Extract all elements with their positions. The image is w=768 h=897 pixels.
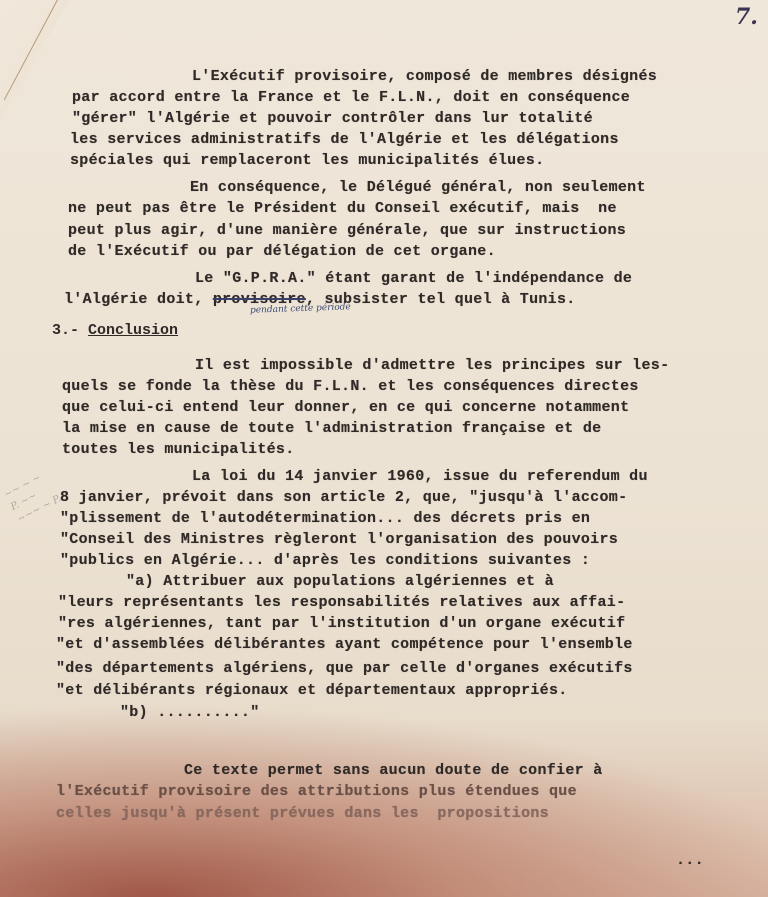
text-line: de l'Exécutif ou par délégation de cet o… — [68, 243, 496, 261]
text-line: "Conseil des Ministres règleront l'organ… — [60, 531, 618, 549]
text-line: La loi du 14 janvier 1960, issue du refe… — [192, 468, 648, 486]
text-line: celles jusqu'à présent prévues dans les … — [56, 805, 549, 823]
section-number: 3.- — [52, 322, 79, 339]
text-line: Le "G.P.R.A." étant garant de l'indépend… — [195, 270, 632, 288]
text-line: "plissement de l'autodétermination... de… — [60, 510, 590, 528]
underlying-sheet-corner — [0, 0, 70, 120]
text-line: "gérer" l'Algérie et pouvoir contrôler d… — [72, 110, 593, 128]
text-fragment: l'Algérie doit, — [64, 291, 213, 308]
text-line: "b) .........." — [120, 704, 260, 722]
text-line: ne peut pas être le Président du Conseil… — [68, 200, 617, 218]
text-line: "leurs représentants les responsabilités… — [58, 594, 625, 612]
text-line: que celui-ci entend leur donner, en ce q… — [62, 399, 629, 417]
text-line: peut plus agir, d'une manière générale, … — [68, 222, 626, 240]
text-line: spéciales qui remplaceront les municipal… — [70, 152, 544, 170]
text-line: En conséquence, le Délégué général, non … — [190, 179, 646, 197]
text-line: Il est impossible d'admettre les princip… — [195, 357, 669, 375]
text-line: "res algériennes, tant par l'institution… — [58, 615, 625, 633]
text-line: les services administratifs de l'Algérie… — [70, 131, 619, 149]
page-number: 7. — [735, 4, 758, 30]
text-line: "et délibérants régionaux et département… — [56, 682, 568, 700]
section-title: Conclusion — [88, 322, 178, 339]
text-line: la mise en cause de toute l'administrati… — [62, 420, 601, 438]
text-line: 8 janvier, prévoit dans son article 2, q… — [60, 489, 627, 507]
text-line: "publics en Algérie... d'après les condi… — [60, 552, 590, 570]
text-line: l'Exécutif provisoire des attributions p… — [56, 783, 577, 801]
handwritten-correction: pendant cette période — [250, 302, 351, 316]
text-line: "et d'assemblées délibérantes ayant comp… — [56, 636, 633, 654]
document-page: 7. L'Exécutif provisoire, composé de mem… — [0, 0, 768, 897]
text-line: L'Exécutif provisoire, composé de membre… — [192, 68, 657, 86]
text-line: quels se fonde la thèse du F.L.N. et les… — [62, 378, 639, 396]
section-heading: 3.- Conclusion — [52, 322, 178, 339]
text-line: par accord entre la France et le F.L.N.,… — [72, 89, 630, 107]
continuation-mark: ... — [676, 852, 704, 870]
text-line: "a) Attribuer aux populations algérienne… — [126, 573, 554, 591]
text-line: toutes les municipalités. — [62, 441, 295, 459]
text-line: "des départements algériens, que par cel… — [56, 660, 633, 678]
text-line: Ce texte permet sans aucun doute de conf… — [184, 762, 603, 780]
